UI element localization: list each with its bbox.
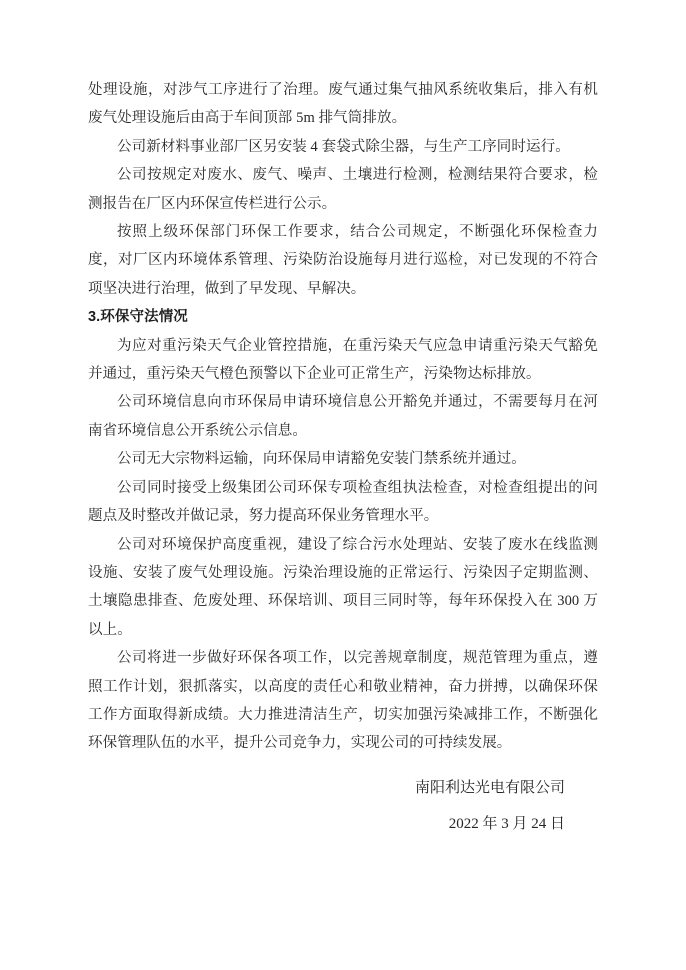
signature-block: 南阳利达光电有限公司 2022 年 3 月 24 日 <box>88 770 598 842</box>
body-paragraph: 按照上级环保部门环保工作要求，结合公司规定，不断强化环保检查力度，对厂区内环境体… <box>88 218 598 303</box>
body-paragraph: 公司环境信息向市环保局申请环境信息公开豁免并通过，不需要每月在河南省环境信息公开… <box>88 388 598 445</box>
body-paragraph: 为应对重污染天气企业管控措施，在重污染天气应急申请重污染天气豁免并通过，重污染天… <box>88 332 598 389</box>
body-paragraph: 公司同时接受上级集团公司环保专项检查组执法检查，对检查组提出的问题点及时整改并做… <box>88 474 598 531</box>
body-paragraph: 公司新材料事业部厂区另安装 4 套袋式除尘器，与生产工序同时运行。 <box>88 133 598 161</box>
signature-date: 2022 年 3 月 24 日 <box>88 806 565 842</box>
body-paragraph: 公司按规定对废水、废气、噪声、土壤进行检测，检测结果符合要求，检测报告在厂区内环… <box>88 161 598 218</box>
signature-company: 南阳利达光电有限公司 <box>88 770 565 806</box>
section-heading: 3.环保守法情况 <box>88 303 598 331</box>
document-page: 处理设施，对涉气工序进行了治理。废气通过集气抽风系统收集后，排入有机废气处理设施… <box>0 0 686 970</box>
body-paragraph: 处理设施，对涉气工序进行了治理。废气通过集气抽风系统收集后，排入有机废气处理设施… <box>88 76 598 133</box>
document-body: 处理设施，对涉气工序进行了治理。废气通过集气抽风系统收集后，排入有机废气处理设施… <box>88 76 598 758</box>
body-paragraph: 公司无大宗物料运输，向环保局申请豁免安装门禁系统并通过。 <box>88 445 598 473</box>
body-paragraph: 公司将进一步做好环保各项工作，以完善规章制度，规范管理为重点，遵照工作计划，狠抓… <box>88 644 598 758</box>
body-paragraph: 公司对环境保护高度重视，建设了综合污水处理站、安装了废水在线监测设施、安装了废气… <box>88 531 598 645</box>
